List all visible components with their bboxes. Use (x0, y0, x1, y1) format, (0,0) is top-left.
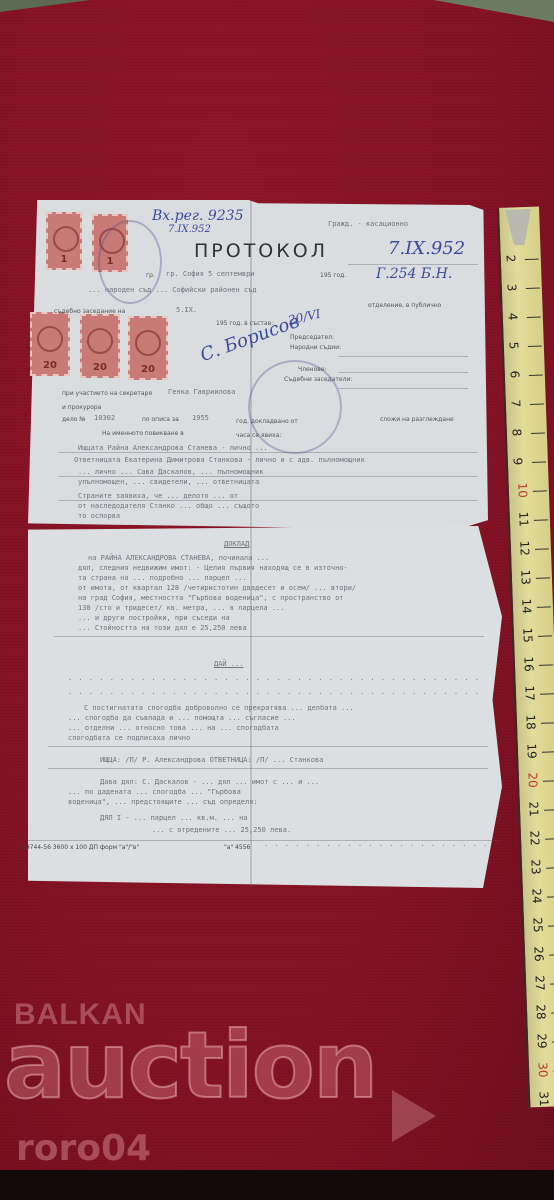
coat-of-arms-icon (37, 326, 63, 352)
tape-tick (529, 375, 543, 376)
tape-number: 18 (523, 714, 538, 730)
tape-tick (542, 751, 554, 752)
tape-tick (548, 925, 554, 926)
tape-number: 14 (519, 598, 534, 614)
tape-number: 16 (521, 656, 536, 672)
tape-number: 15 (520, 627, 535, 643)
tape-number: 31 (536, 1091, 551, 1107)
tape-number: 24 (529, 888, 544, 904)
revenue-stamp: 20 (30, 312, 70, 376)
tape-tick (531, 432, 545, 433)
handwritten-reference: Г.254 Б.Н. (376, 266, 452, 282)
tape-number: 22 (527, 830, 542, 846)
tape-tick (527, 317, 541, 318)
court-name-line: ... народен съд ... Софийски районен съд (88, 286, 257, 294)
section-heading: ДАЙ ... (214, 660, 244, 668)
tape-number: 3 (504, 283, 518, 291)
tape-number: 2 (503, 254, 517, 262)
protocol-document: 1 1 20 20 20 Вх.рег. 9235 7.IX.952 Гражд… (28, 200, 490, 890)
tape-number: 7 (509, 399, 523, 407)
tape-tick (532, 461, 546, 462)
watermark-username: roro04 (16, 1128, 151, 1169)
tape-number: 12 (517, 540, 532, 556)
tape-hook (505, 209, 532, 246)
document-title: ПРОТОКОЛ (194, 240, 328, 262)
dotted-line: · · · · · · · · · · · · · · · · · · · · … (68, 676, 478, 684)
tape-tick (549, 954, 554, 955)
tape-tick (546, 867, 554, 868)
tape-number: 20 (525, 772, 540, 788)
tape-tick (543, 780, 554, 781)
tape-number: 5 (507, 341, 521, 349)
tape-tick (534, 519, 548, 520)
dotted-line: · · · · · · · · · · · · · · · · · · · · … (68, 690, 478, 698)
floor-shadow (0, 1170, 554, 1200)
city-date-line: гр. София 5 септември (166, 270, 255, 278)
case-number: 10302 (94, 414, 115, 422)
tape-tick (547, 896, 554, 897)
revenue-stamp: 20 (128, 316, 168, 380)
tape-tick (530, 403, 544, 404)
coat-of-arms-icon (135, 330, 161, 356)
watermark-brand-main: auction (4, 1012, 376, 1119)
play-arrow-icon (392, 1090, 436, 1142)
tape-number: 6 (508, 370, 522, 378)
round-seal (248, 360, 342, 454)
tape-number: 29 (534, 1033, 549, 1049)
tape-number: 30 (535, 1062, 550, 1078)
tape-number: 11 (516, 511, 531, 527)
tape-number: 4 (505, 312, 519, 320)
handwritten-date-right: 7.IX.952 (388, 238, 465, 259)
tape-number: 9 (511, 457, 525, 465)
tape-tick (540, 693, 554, 694)
tape-number: 27 (532, 975, 547, 991)
case-type-header: Гражд. - касационно (328, 220, 408, 228)
tape-tick (537, 606, 551, 607)
dotted-line: · · · · · · · · · · · · · · · · · · · · … (264, 842, 488, 850)
coat-of-arms-icon (87, 328, 113, 354)
tape-tick (539, 664, 553, 665)
revenue-stamp: 20 (80, 314, 120, 378)
tape-tick (533, 490, 547, 491)
tape-number: 8 (510, 428, 524, 436)
handwritten-registry-number: Вх.рег. 9235 (152, 208, 244, 224)
print-footer: 19744-56 3600 х 100 ДП форм "а"/"в" (22, 844, 139, 851)
tape-tick (544, 809, 554, 810)
tape-tick (528, 346, 542, 347)
tape-number: 10 (515, 482, 530, 498)
tape-number: 21 (526, 801, 541, 817)
tape-number: 23 (528, 859, 543, 875)
tape-tick (536, 577, 550, 578)
tape-tick (538, 635, 552, 636)
tape-tick (541, 722, 554, 723)
tape-number: 17 (522, 685, 537, 701)
tape-tick (525, 259, 539, 260)
handwritten-date: 7.IX.952 (168, 224, 211, 235)
tape-tick (526, 288, 540, 289)
tape-number: 25 (530, 917, 545, 933)
revenue-stamp: 1 (46, 212, 82, 270)
tape-number: 26 (531, 946, 546, 962)
tape-number: 19 (524, 743, 539, 759)
tape-number: 13 (518, 569, 533, 585)
coat-of-arms-icon (53, 226, 79, 252)
tape-tick (545, 838, 554, 839)
section-heading: ДОКЛАД (224, 540, 249, 548)
tape-tick (550, 983, 554, 984)
signatures-line: ИЩЦА: /П/ Р. Александрова ОТВЕТНИЦА: /П/… (100, 756, 323, 764)
tape-tick (535, 548, 549, 549)
tape-number: 28 (533, 1004, 548, 1020)
